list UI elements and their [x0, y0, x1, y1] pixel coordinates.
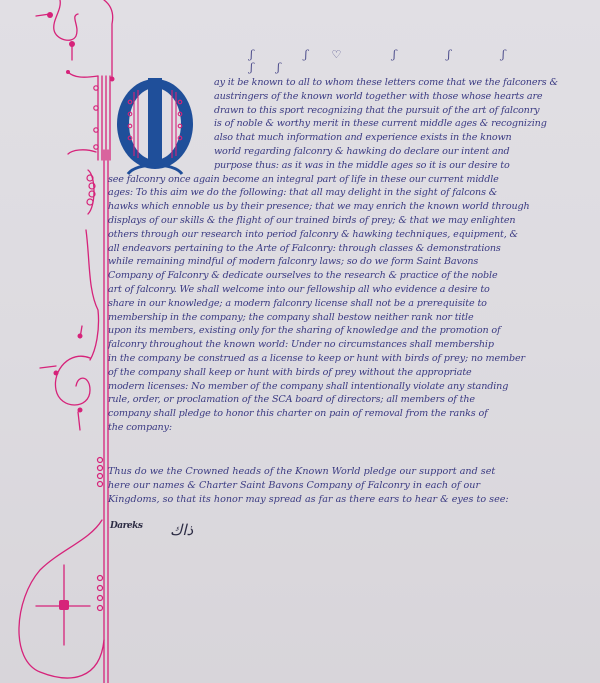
body-line: ages: To this aim we do the following: t…: [108, 186, 586, 200]
cadel: ʃ: [447, 48, 474, 61]
body-line: all endeavors pertaining to the Arte of …: [108, 242, 586, 256]
body-line: austringers of the known world together …: [108, 90, 586, 104]
body-line: also that much information and experienc…: [108, 131, 586, 145]
body-line: modern licenses: No member of the compan…: [108, 380, 586, 394]
body-line: company shall pledge to honor this chart…: [108, 407, 586, 421]
cadel: ʃ: [250, 48, 277, 61]
closing-line: here our names & Charter Saint Bavons Co…: [108, 479, 586, 493]
body-line: in the company be construed as a license…: [108, 352, 586, 366]
body-line: drawn to this sport recognizing that the…: [108, 104, 586, 118]
body-line: while remaining mindful of modern falcon…: [108, 255, 586, 269]
body-line: hawks which ennoble us by their presence…: [108, 200, 586, 214]
ascender-cadels: ʃ ʃ♡ ʃ ʃ ʃ ʃʃ: [250, 48, 600, 74]
signature-dareks: Dareks: [110, 521, 142, 531]
closing-pledge: Thus do we the Crowned heads of the Know…: [108, 465, 586, 506]
body-line: Company of Falconry & dedicate ourselves…: [108, 269, 586, 283]
body-line: share in our knowledge; a modern falconr…: [108, 297, 586, 311]
cadel: ʃ: [393, 48, 420, 61]
body-line: upon its members, existing only for the …: [108, 324, 586, 338]
body-line: see falconry once again become an integr…: [108, 173, 586, 187]
body-line: art of falconry. We shall welcome into o…: [108, 283, 586, 297]
cadel: ʃ: [502, 48, 529, 61]
charter-body: ay it be known to all to whom these lett…: [108, 76, 586, 435]
closing-line: Thus do we the Crowned heads of the Know…: [108, 465, 586, 479]
body-line: purpose thus: as it was in the middle ag…: [108, 159, 586, 173]
cadel-heart: ʃ♡: [305, 48, 366, 61]
body-line: world regarding falconry & hawking do de…: [108, 145, 586, 159]
body-line: displays of our skills & the flight of o…: [108, 214, 586, 228]
body-line: falconry throughout the known world: Und…: [108, 338, 586, 352]
cadel: ʃʃ: [250, 61, 304, 74]
body-line: is of noble & worthy merit in these curr…: [108, 117, 586, 131]
body-line: membership in the company; the company s…: [108, 311, 586, 325]
signature-arabic: ذاك: [170, 521, 193, 539]
body-line: rule, order, or proclamation of the SCA …: [108, 393, 586, 407]
body-line: ay it be known to all to whom these lett…: [108, 76, 586, 90]
body-line: the company:: [108, 421, 586, 435]
body-line: of the company shall keep or hunt with b…: [108, 366, 586, 380]
body-line: others through our research into period …: [108, 228, 586, 242]
closing-line: Kingdoms, so that its honor may spread a…: [108, 493, 586, 507]
